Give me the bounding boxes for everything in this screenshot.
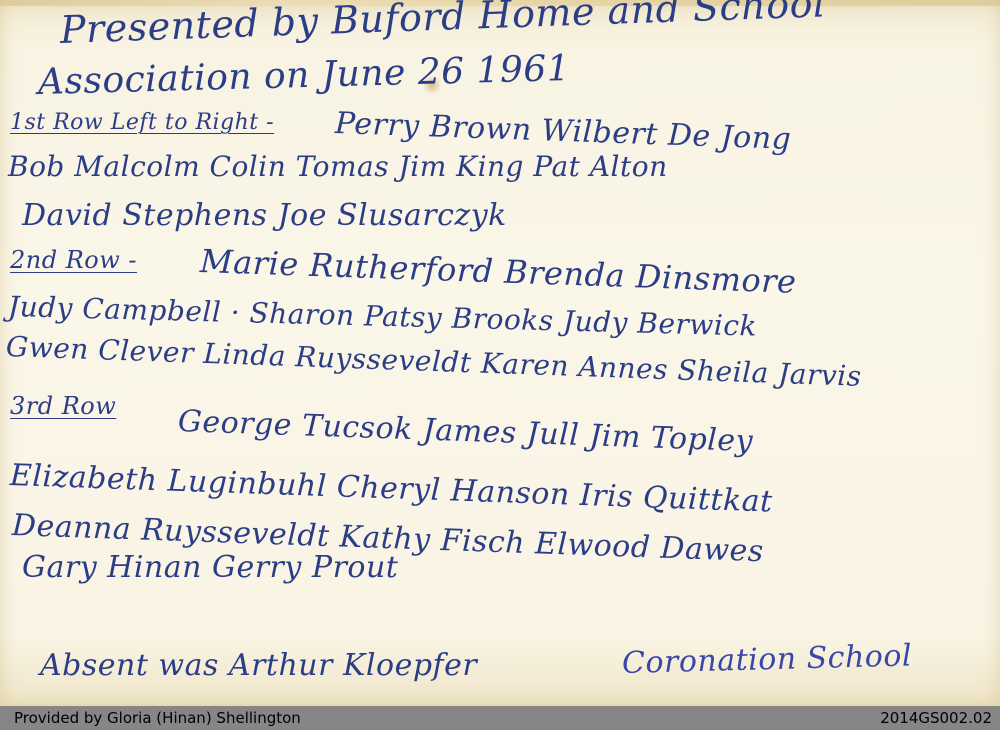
caption-line: Gary Hinan Gerry Prout (22, 550, 398, 585)
caption-line: David Stephens Joe Slusarczyk (22, 198, 507, 233)
caption-title-line-1: Presented by Buford Home and School (59, 0, 826, 52)
caption-line: George Tucsok James Jull Jim Topley (177, 404, 753, 459)
row3-label: 3rd Row (10, 392, 116, 420)
caption-line: Marie Rutherford Brenda Dinsmore (199, 242, 797, 301)
row2-label: 2nd Row - (10, 246, 137, 274)
absent-note: Absent was Arthur Kloepfer (40, 648, 477, 683)
provider-credit: Provided by Gloria (Hinan) Shellington (14, 709, 301, 727)
caption-title-line-2: Association on June 26 1961 (37, 48, 570, 103)
school-name: Coronation School (622, 638, 913, 681)
caption-line: Elizabeth Luginbuhl Cheryl Hanson Iris Q… (9, 458, 773, 520)
row1-label: 1st Row Left to Right - (10, 110, 274, 135)
attribution-bar: Provided by Gloria (Hinan) Shellington 2… (0, 706, 1000, 730)
accession-id: 2014GS002.02 (880, 709, 992, 727)
photo-back-paper: Presented by Buford Home and School Asso… (0, 0, 1000, 706)
caption-line: Bob Malcolm Colin Tomas Jim King Pat Alt… (8, 150, 668, 183)
